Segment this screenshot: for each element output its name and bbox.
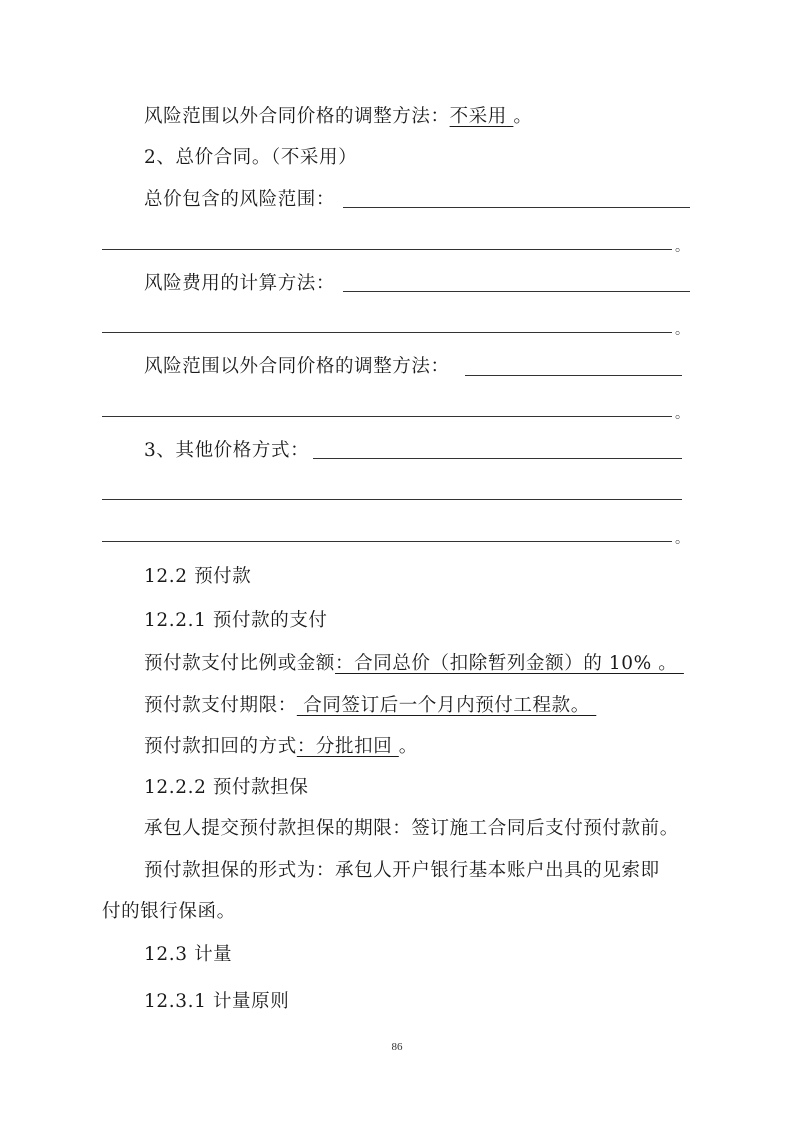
prepayment-guarantee-heading: 12.2.2 预付款担保 (144, 776, 308, 800)
other-price-line: 3、其他价格方式： (144, 439, 309, 463)
lump-sum-risk-fee-line: 风险费用的计算方法： (144, 272, 335, 296)
prepayment-deduct-line: 预付款扣回的方式：分批扣回 。 (144, 735, 418, 759)
lump-sum-risk-fee-label: 风险费用的计算方法： (144, 273, 335, 294)
prepayment-deduct-value: ：分批扣回 (297, 736, 399, 757)
lump-sum-risk-scope-label: 总价包含的风险范围： (144, 189, 335, 210)
guarantee-deadline: 承包人提交预付款担保的期限：签订施工合同后支付预付款前。 (144, 817, 679, 841)
measurement-principle-heading: 12.3.1 计量原则 (144, 990, 289, 1014)
lump-sum-risk-adjust-label: 风险范围以外合同价格的调整方法： (144, 356, 450, 377)
other-price-label: 3、其他价格方式： (144, 440, 309, 461)
risk-scope-end: 。 (675, 240, 689, 254)
risk-fee-blank-2[interactable] (102, 332, 672, 333)
risk-fee-end: 。 (675, 323, 689, 337)
guarantee-form-line-2: 付的银行保函。 (102, 900, 236, 924)
lump-sum-risk-scope-line: 总价包含的风险范围： (144, 188, 335, 212)
other-price-blank-1[interactable] (313, 458, 682, 459)
prepayment-payment-heading: 12.2.1 预付款的支付 (144, 609, 328, 633)
measurement-heading: 12.3 计量 (144, 943, 232, 967)
prepayment-ratio-value: ：合同总价（扣除暂列金额）的 10% 。 (335, 653, 684, 674)
prepayment-term-line: 预付款支付期限： 合同签订后一个月内预付工程款。 (144, 694, 596, 718)
risk-scope-blank-2[interactable] (102, 249, 672, 250)
risk-fee-blank-1[interactable] (343, 291, 690, 292)
prepayment-ratio-line: 预付款支付比例或金额：合同总价（扣除暂列金额）的 10% 。 (144, 652, 684, 676)
prepayment-heading: 12.2 预付款 (144, 565, 251, 589)
page-number: 86 (0, 1041, 794, 1053)
unit-price-risk-adjust-label: 风险范围以外合同价格的调整方法： (144, 106, 450, 127)
risk-adjust-end: 。 (675, 407, 689, 421)
lump-sum-heading: 2、总价合同。（不采用） (144, 146, 357, 170)
risk-adjust-blank-1[interactable] (465, 375, 682, 376)
other-price-end: 。 (675, 532, 689, 546)
risk-adjust-blank-2[interactable] (102, 416, 672, 417)
prepayment-ratio-label: 预付款支付比例或金额 (144, 653, 335, 674)
prepayment-term-value: 合同签订后一个月内预付工程款。 (297, 695, 596, 716)
other-price-blank-3[interactable] (102, 541, 672, 542)
other-price-blank-2[interactable] (102, 499, 682, 500)
prepayment-term-label: 预付款支付期限： (144, 695, 297, 716)
risk-scope-blank-1[interactable] (343, 207, 690, 208)
lump-sum-risk-adjust-line: 风险范围以外合同价格的调整方法： (144, 355, 450, 379)
guarantee-form-line-1: 预付款担保的形式为：承包人开户银行基本账户出具的见索即 (144, 859, 660, 883)
document-page: 风险范围以外合同价格的调整方法：不采用 。 2、总价合同。（不采用） 总价包含的… (0, 0, 794, 1122)
unit-price-risk-adjust-line: 风险范围以外合同价格的调整方法：不采用 。 (144, 105, 533, 129)
unit-price-risk-adjust-value: 不采用 (450, 106, 514, 127)
prepayment-deduct-label: 预付款扣回的方式 (144, 736, 297, 757)
